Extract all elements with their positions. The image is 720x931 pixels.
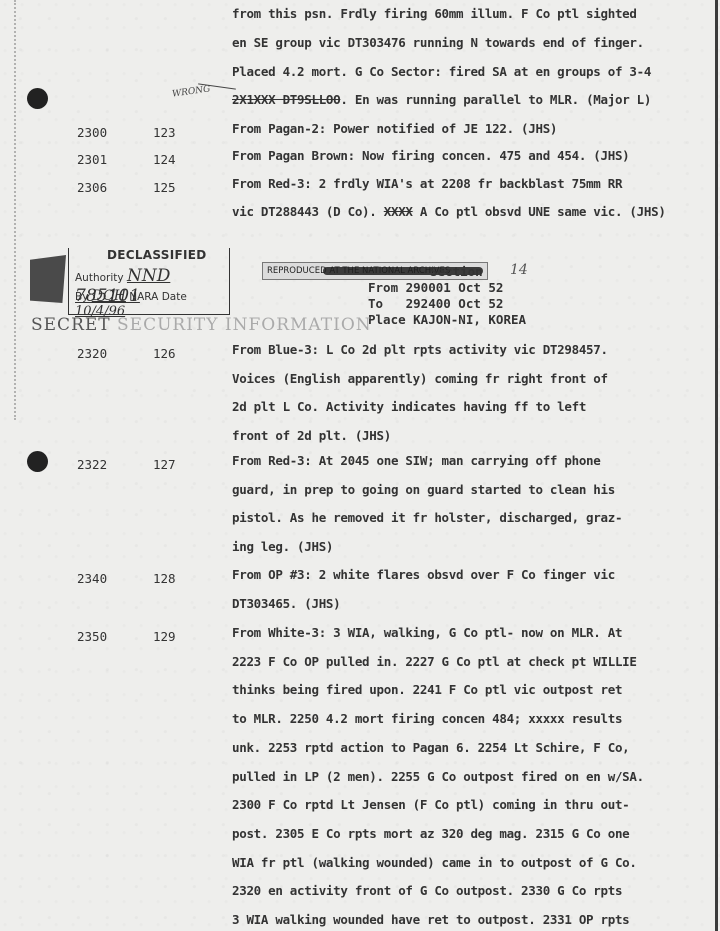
page-edge-right	[715, 0, 718, 931]
entry-text: guard, in prep to going on guard started…	[232, 482, 615, 498]
entry-text: From Red-3: 2 frdly WIA's at 2208 fr bac…	[232, 176, 622, 192]
page-edge-left	[14, 0, 18, 420]
entry-time: 2301	[77, 152, 107, 167]
struck-text: XXXX	[384, 204, 413, 219]
place: Place KAJON-NI, KOREA	[368, 312, 526, 327]
text-line: en SE group vic DT303476 running N towar…	[232, 35, 644, 51]
entry-time: 2306	[77, 180, 107, 195]
entry-text: pistol. As he removed it fr holster, dis…	[232, 510, 622, 526]
entry-number: 126	[153, 346, 176, 361]
date-from: From 290001 Oct 52	[368, 280, 503, 295]
entry-number: 123	[153, 125, 176, 140]
entry-text: From Pagan Brown: Now firing concen. 475…	[232, 148, 629, 164]
text-span: SECURITY	[111, 315, 225, 335]
entry-number: 129	[153, 629, 176, 644]
declassified-stamp: DECLASSIFIED Authority NND 785101 By DCH…	[68, 248, 230, 315]
classification-marking: SECRET SECURITY INFORMATION	[31, 315, 372, 335]
text-span: A Co ptl obsvd UNE same vic. (JHS)	[413, 204, 666, 219]
text-span: . En was running parallel to MLR. (Major…	[340, 92, 651, 107]
entry-text: From Pagan-2: Power notified of JE 122. …	[232, 121, 557, 137]
entry-text: unk. 2253 rptd action to Pagan 6. 2254 L…	[232, 740, 629, 756]
entry-number: 125	[153, 180, 176, 195]
entry-text: 3 WIA walking wounded have ret to outpos…	[232, 912, 629, 928]
stamp-title: DECLASSIFIED	[107, 248, 207, 262]
entry-time: 2340	[77, 571, 107, 586]
entry-text: front of 2d plt. (JHS)	[232, 428, 391, 444]
text-line: from this psn. Frdly firing 60mm illum. …	[232, 6, 637, 22]
text-span: INFORMATION	[225, 315, 372, 335]
entry-text: From White-3: 3 WIA, walking, G Co ptl- …	[232, 625, 622, 641]
entry-number: 127	[153, 457, 176, 472]
entry-text: From Red-3: At 2045 one SIW; man carryin…	[232, 453, 601, 469]
entry-text: Voices (English apparently) coming fr ri…	[232, 371, 608, 387]
entry-text: pulled in LP (2 men). 2255 G Co outpost …	[232, 769, 644, 785]
entry-text: to MLR. 2250 4.2 mort firing concen 484;…	[232, 711, 622, 727]
stamp-label: NARA Date	[129, 291, 187, 303]
entry-text: 2300 F Co rptd Lt Jensen (F Co ptl) comi…	[232, 797, 629, 813]
handwritten-note: WRONG	[171, 84, 211, 99]
stamp-label: Authority	[75, 272, 124, 284]
entry-text: WIA fr ptl (walking wounded) came in to …	[232, 855, 637, 871]
entry-text: vic DT288443 (D Co). XXXX A Co ptl obsvd…	[232, 204, 666, 220]
entry-time: 2320	[77, 346, 107, 361]
text-line: 2X1XXX DT9SLLOO. En was running parallel…	[232, 92, 651, 108]
entry-text: 2d plt L Co. Activity indicates having f…	[232, 399, 586, 415]
stamp-label: By	[75, 291, 88, 303]
page-number: 14	[510, 262, 528, 278]
struck-text: 2X1XXX DT9SLLOO	[232, 92, 340, 107]
entry-text: ing leg. (JHS)	[232, 539, 333, 555]
punch-hole-icon	[27, 88, 48, 109]
entry-text: post. 2305 E Co rpts mort az 320 deg mag…	[232, 826, 629, 842]
entry-time: 2322	[77, 457, 107, 472]
date-to: To 292400 Oct 52	[368, 296, 503, 311]
stamp-value: DCH	[92, 288, 126, 304]
redaction-mark	[30, 255, 66, 303]
punch-hole-icon	[27, 451, 48, 472]
entry-text: From OP #3: 2 white flares obsvd over F …	[232, 567, 615, 583]
entry-text: 2320 en activity front of G Co outpost. …	[232, 883, 622, 899]
entry-text: 2223 F Co OP pulled in. 2227 G Co ptl at…	[232, 654, 637, 670]
entry-text: DT303465. (JHS)	[232, 596, 340, 612]
entry-number: 128	[153, 571, 176, 586]
entry-time: 2300	[77, 125, 107, 140]
entry-number: 124	[153, 152, 176, 167]
text-span: SECRET	[31, 315, 111, 335]
section-label: Section	[430, 264, 483, 279]
document-page: from this psn. Frdly firing 60mm illum. …	[0, 0, 720, 931]
text-span: vic DT288443 (D Co).	[232, 204, 384, 219]
entry-text: thinks being fired upon. 2241 F Co ptl v…	[232, 682, 622, 698]
text-line: Placed 4.2 mort. G Co Sector: fired SA a…	[232, 64, 651, 80]
entry-time: 2350	[77, 629, 107, 644]
entry-text: From Blue-3: L Co 2d plt rpts activity v…	[232, 342, 608, 358]
